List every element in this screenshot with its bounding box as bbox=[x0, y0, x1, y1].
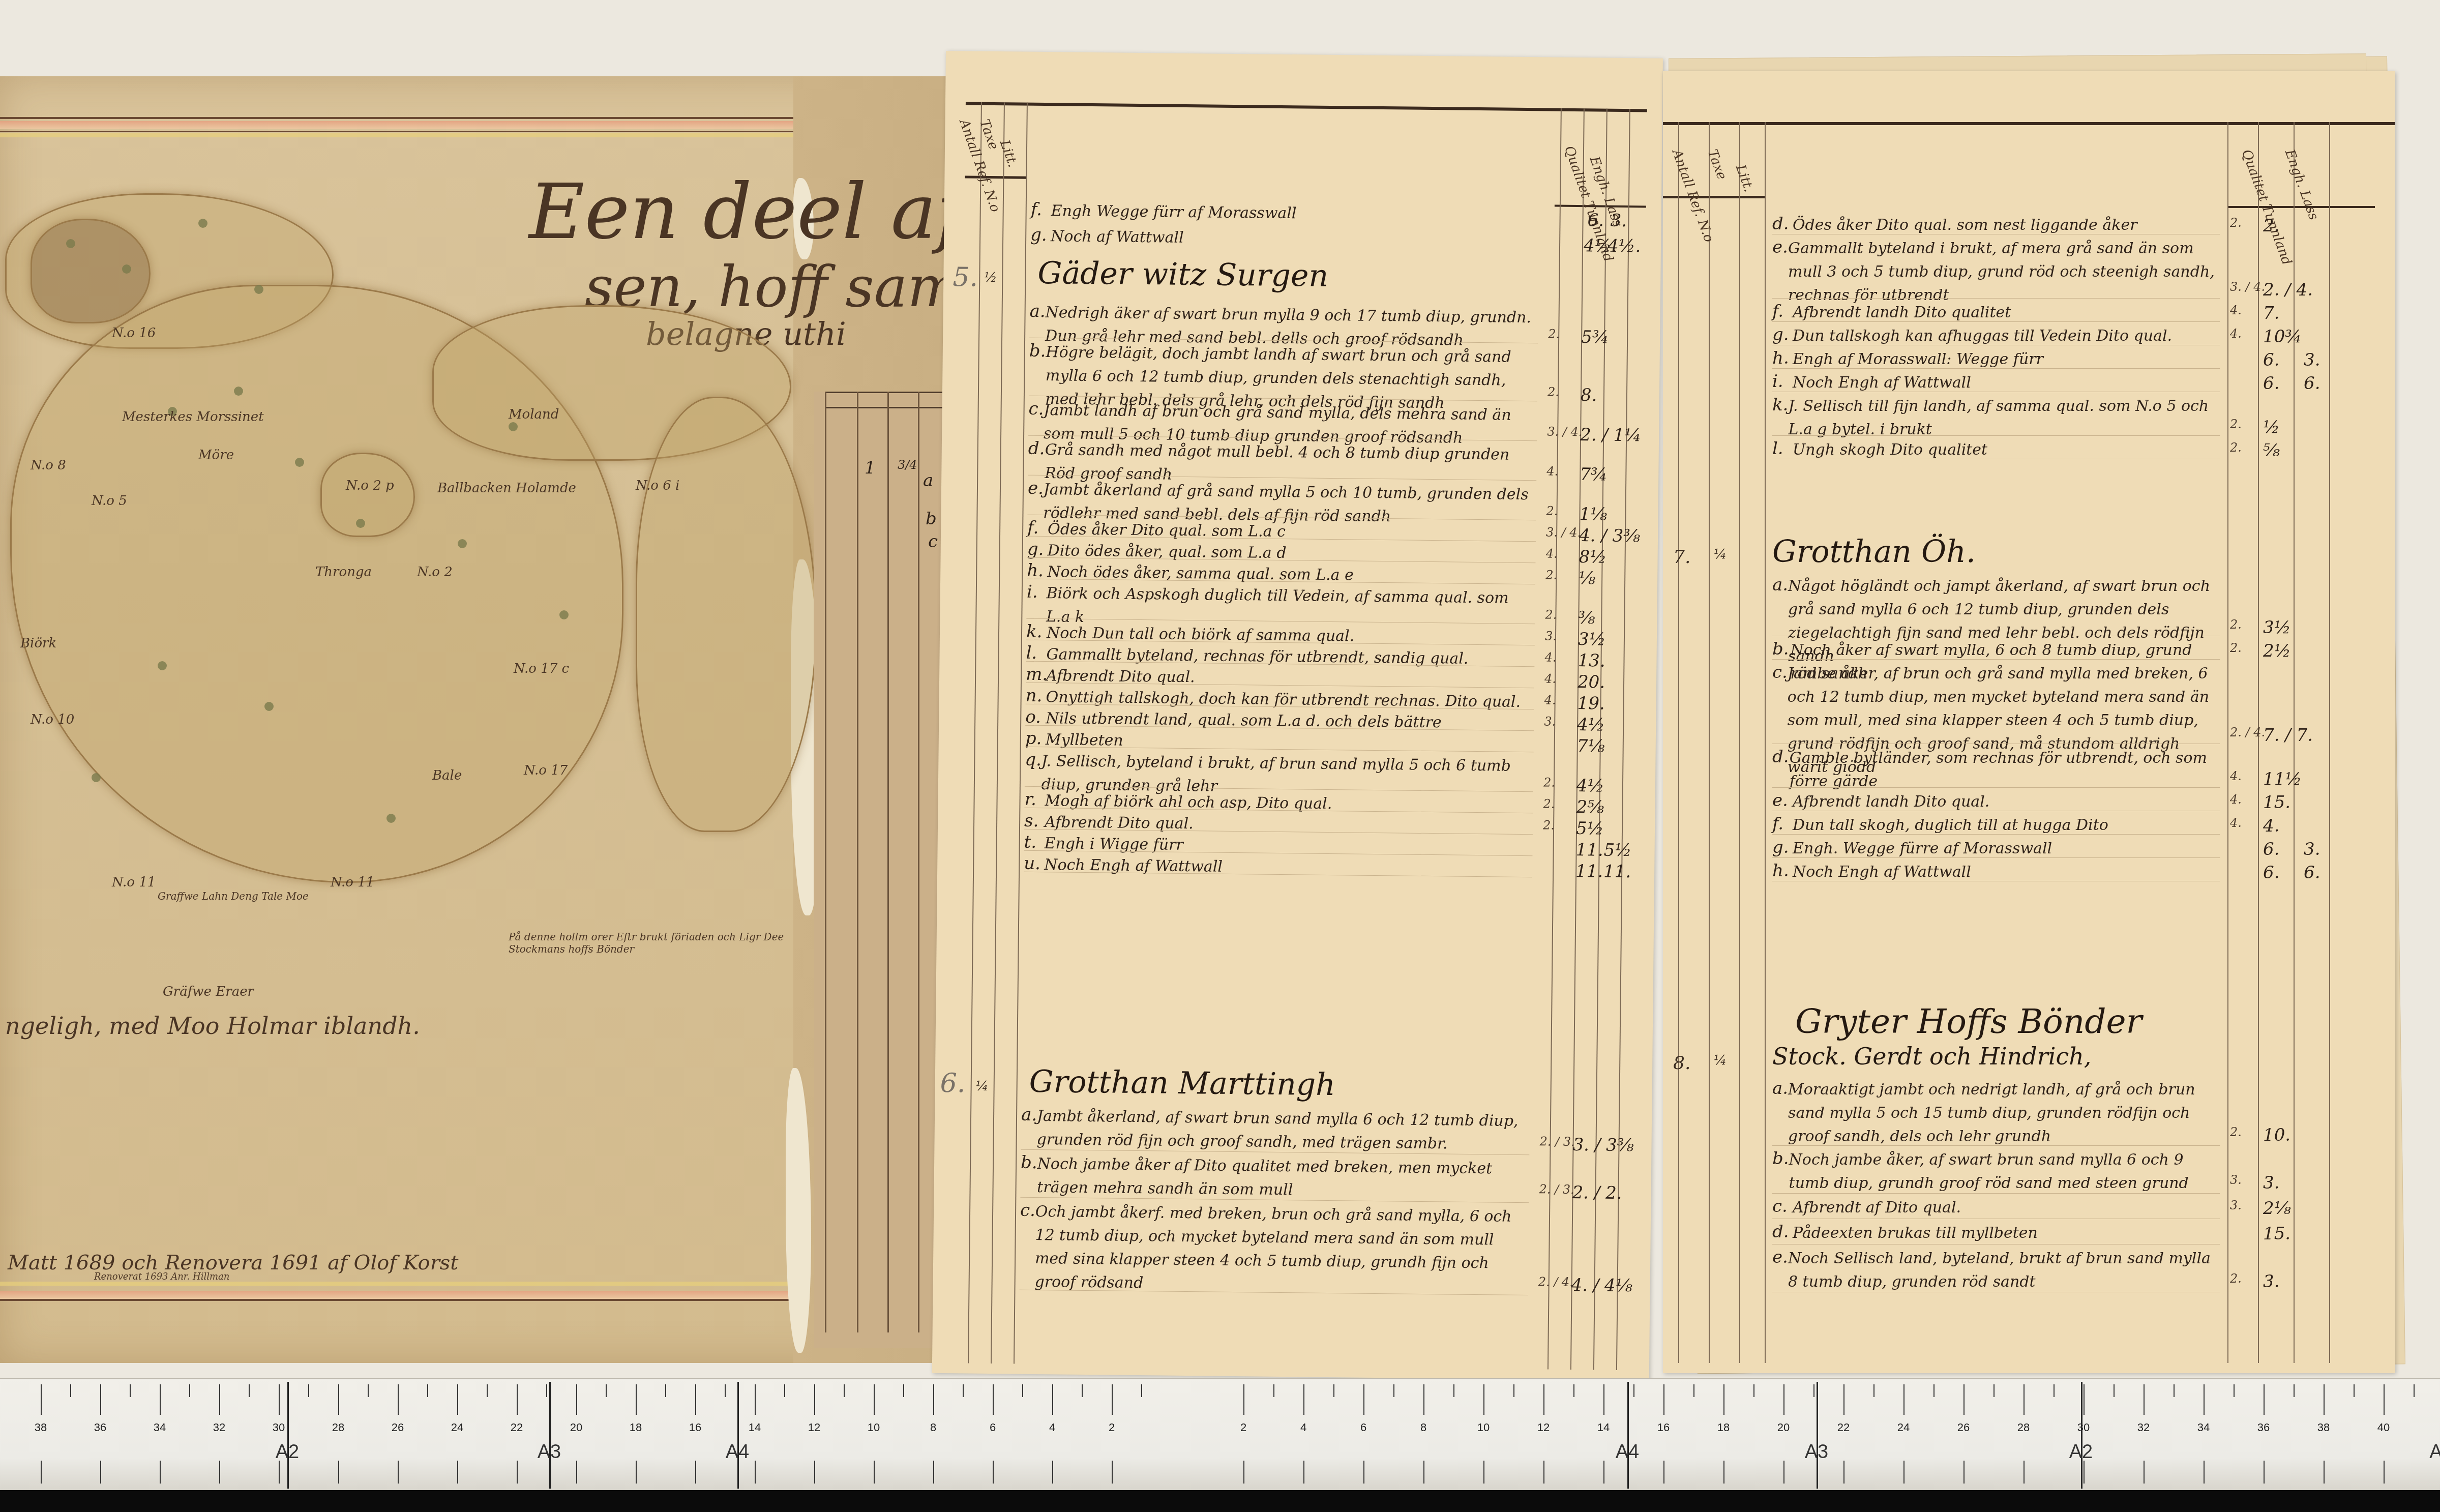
tunnland-value: 3. / 3⅜ bbox=[1572, 1135, 1634, 1155]
ruler-tick bbox=[189, 1384, 190, 1397]
entry-letter: m. bbox=[1026, 664, 1046, 685]
ledger-page-left: Antall Ref. N.o Taxe Litt. Qualitet Tunn… bbox=[932, 51, 1663, 1381]
map-label: Bale bbox=[432, 768, 462, 783]
tunnland-value: 2½ bbox=[2263, 641, 2291, 661]
ledger-entry: d.Gamble bytländer, som rechnas för utbr… bbox=[1772, 747, 2220, 793]
fragment-value: b bbox=[926, 509, 937, 529]
ruler-number: 30 bbox=[2077, 1421, 2090, 1434]
entry-description: Noch jambe åker, af swart brun sand myll… bbox=[1789, 1148, 2220, 1195]
section-heading: Gryter Hoffs Bönder bbox=[1795, 1002, 2142, 1041]
entry-separator bbox=[1772, 368, 2220, 369]
tree-icon bbox=[295, 458, 304, 467]
ruler-tick bbox=[1112, 1461, 1113, 1484]
paper-size-mark bbox=[737, 1382, 739, 1489]
ruler-tick bbox=[1513, 1384, 1514, 1397]
ruler-number: 22 bbox=[1837, 1421, 1850, 1434]
ledger-entry: e.Noch Sellisch land, byteland, brukt af… bbox=[1772, 1247, 2220, 1294]
column-header: Litt. bbox=[1733, 163, 1757, 194]
tunnland-value: 2. / 2. bbox=[1572, 1182, 1622, 1203]
paper-size-label: A3 bbox=[538, 1441, 561, 1463]
entry-separator bbox=[1772, 1219, 2220, 1219]
tunnland-value: 4. bbox=[2263, 816, 2279, 836]
ruler-number: 18 bbox=[630, 1421, 642, 1434]
ruler-tick bbox=[665, 1384, 666, 1397]
ruler-tick bbox=[1933, 1384, 1935, 1397]
tunnland-value: 19. bbox=[1577, 693, 1604, 714]
tunnland-value: 6. bbox=[2263, 373, 2279, 394]
map-label: N.o 6 i bbox=[636, 478, 679, 493]
ruler-tick bbox=[546, 1384, 547, 1397]
lass-value: 5½ bbox=[1603, 840, 1631, 861]
ruler-tick bbox=[130, 1384, 131, 1397]
entry-separator bbox=[1772, 298, 2220, 299]
lass-value: 11. bbox=[1603, 862, 1631, 882]
ruler-tick bbox=[2264, 1384, 2265, 1415]
ruler-tick bbox=[1022, 1384, 1023, 1397]
column-header: Engh. Lass bbox=[2282, 147, 2322, 222]
quality-value: 3. / 4. bbox=[1547, 424, 1582, 439]
entry-letter: e. bbox=[1028, 478, 1044, 498]
map-signature-small: Renoverat 1693 Anr. Hillman bbox=[94, 1271, 229, 1282]
ruler-tick bbox=[1603, 1461, 1604, 1484]
ruler-tick bbox=[963, 1384, 964, 1397]
ruler-number: 8 bbox=[930, 1421, 936, 1434]
ruler-tick bbox=[41, 1461, 42, 1484]
paper-size-mark bbox=[1627, 1382, 1629, 1489]
entry-separator bbox=[1772, 659, 2220, 660]
ruler-tick bbox=[2144, 1384, 2145, 1415]
entry-description: Och jambt åkerf. med breken, brun och gr… bbox=[1034, 1200, 1529, 1299]
ruler-tick bbox=[219, 1461, 220, 1484]
ruler-tick bbox=[1483, 1384, 1484, 1415]
map-label: Graffwe Lahn Deng Tale Moe bbox=[158, 890, 309, 902]
ruler-number: 32 bbox=[2137, 1421, 2150, 1434]
entry-letter: l. bbox=[1026, 643, 1046, 663]
quality-value: 2. / 3. bbox=[1539, 1134, 1574, 1149]
quality-value: 4. bbox=[2230, 792, 2242, 807]
entry-separator bbox=[1772, 811, 2220, 811]
ruler-tick bbox=[457, 1461, 458, 1484]
ruler-number: 26 bbox=[392, 1421, 404, 1434]
ruler-number: 18 bbox=[1717, 1421, 1730, 1434]
tunnland-value: 6. bbox=[1587, 210, 1604, 230]
ruler-number: 4 bbox=[1049, 1421, 1055, 1434]
ruler-tick bbox=[279, 1384, 280, 1415]
entry-letter: l. bbox=[1772, 438, 1793, 459]
quality-value: 3. / 4. bbox=[2230, 280, 2265, 294]
ruler-tick bbox=[1052, 1384, 1053, 1415]
map-label: Gräfwe Eraer bbox=[163, 984, 254, 999]
section-heading: Grotthan Öh. bbox=[1772, 534, 1976, 570]
entry-letter: d. bbox=[1772, 214, 1793, 234]
ruler-number: 20 bbox=[570, 1421, 582, 1434]
ruler-tick bbox=[249, 1384, 250, 1397]
section-number: 7. bbox=[1673, 547, 1690, 568]
ruler-tick bbox=[1543, 1384, 1544, 1415]
tunnland-value: 13. bbox=[1578, 650, 1605, 671]
ruler-number: 6 bbox=[1360, 1421, 1366, 1434]
ruler-tick bbox=[784, 1384, 785, 1397]
entry-letter: e. bbox=[1772, 237, 1788, 257]
quality-value: 2. bbox=[2230, 440, 2242, 455]
entry-separator bbox=[1772, 787, 2220, 788]
tunnland-value: 15. bbox=[2263, 1224, 2290, 1244]
ruler-number: 24 bbox=[451, 1421, 463, 1434]
entry-separator bbox=[1772, 435, 2220, 436]
map-note: ngeligh, med Moo Holmar iblandh. bbox=[5, 1012, 420, 1040]
ruler-tick bbox=[814, 1461, 815, 1484]
entry-letter: s. bbox=[1024, 811, 1045, 831]
section-number: 5. bbox=[953, 262, 978, 293]
quality-value: 4. bbox=[1544, 671, 1556, 686]
tunnland-value: 2. bbox=[2263, 216, 2279, 236]
ruler-tick bbox=[457, 1384, 458, 1415]
paper-size-mark bbox=[549, 1382, 551, 1489]
quality-value: 4. bbox=[2230, 327, 2242, 341]
section-fraction: ¼ bbox=[1714, 547, 1727, 562]
ruler-tick bbox=[1603, 1384, 1604, 1415]
ruler-tick bbox=[219, 1384, 220, 1415]
ruler-tick bbox=[1783, 1461, 1784, 1484]
ruler-tick bbox=[398, 1384, 399, 1415]
tree-icon bbox=[386, 814, 396, 823]
ruler-tick bbox=[2384, 1384, 2385, 1415]
ruler-tick bbox=[1813, 1384, 1814, 1397]
ruler-tick bbox=[903, 1384, 904, 1397]
ruler-tick bbox=[1843, 1384, 1844, 1415]
tree-icon bbox=[356, 519, 365, 528]
section-fraction: ½ bbox=[984, 270, 997, 285]
ruler-number: 28 bbox=[2017, 1421, 2030, 1434]
entry-description: Afbrendt af Dito qual. bbox=[1793, 1196, 1961, 1220]
entry-letter: p. bbox=[1025, 728, 1046, 749]
entry-separator bbox=[1772, 744, 2220, 744]
entry-letter: i. bbox=[1027, 582, 1047, 602]
entry-separator bbox=[1772, 345, 2220, 345]
paper-size-label: A4 bbox=[726, 1441, 749, 1463]
lass-value: 3. bbox=[1610, 211, 1627, 231]
entry-letter: e. bbox=[1772, 1247, 1788, 1267]
entry-letter: q. bbox=[1025, 750, 1042, 770]
ruler-tick bbox=[2084, 1461, 2085, 1484]
ruler-tick bbox=[1843, 1461, 1844, 1484]
quality-value: 2. bbox=[2230, 1271, 2242, 1286]
ruler-number: 40 bbox=[2377, 1421, 2390, 1434]
paper-size-mark bbox=[287, 1382, 289, 1489]
map-label: N.o 11 bbox=[331, 875, 374, 890]
ruler-tick bbox=[100, 1384, 101, 1415]
paper-size-mark bbox=[1817, 1382, 1818, 1489]
entry-separator bbox=[1772, 1292, 2220, 1292]
tree-icon bbox=[198, 219, 207, 228]
column-header: Litt. bbox=[997, 138, 1020, 169]
ruler-tick bbox=[1903, 1384, 1905, 1415]
entry-letter: d. bbox=[1772, 747, 1790, 767]
ledger-entry: u.Noch Engh af Wattwall bbox=[1024, 853, 1532, 882]
ledger-entry: c.Och jambt åkerf. med breken, brun och … bbox=[1019, 1200, 1529, 1299]
quality-value: 2. / 4. bbox=[2230, 725, 2265, 739]
ruler-tick bbox=[2204, 1384, 2205, 1415]
quality-value: 2. / 3. bbox=[1539, 1182, 1574, 1197]
quality-value: 2. bbox=[1548, 327, 1560, 341]
ruler-number: 36 bbox=[94, 1421, 106, 1434]
entry-letter: d. bbox=[1772, 1222, 1793, 1242]
ruler-tick bbox=[2114, 1384, 2115, 1397]
ruler-tick bbox=[2054, 1384, 2055, 1397]
tunnland-value: 4. / 3⅜ bbox=[1579, 525, 1641, 546]
entry-separator bbox=[1772, 1244, 2220, 1244]
ruler-tick bbox=[100, 1461, 101, 1484]
entry-letter: h. bbox=[1027, 560, 1047, 581]
tunnland-value: 8½ bbox=[1579, 547, 1606, 568]
quality-value: 4. bbox=[1544, 693, 1556, 707]
ruler-tick bbox=[1993, 1384, 1995, 1397]
tree-icon bbox=[254, 285, 263, 294]
ruler-tick bbox=[725, 1384, 726, 1397]
ruler-number: 16 bbox=[1657, 1421, 1670, 1434]
ledger-entry: a.Jambt åkerland, af swart brun sand myl… bbox=[1021, 1105, 1530, 1157]
entry-letter: c. bbox=[1028, 399, 1044, 419]
ruler-tick bbox=[1573, 1384, 1574, 1397]
map-label: N.o 2 bbox=[417, 565, 453, 580]
entry-separator bbox=[1772, 834, 2220, 835]
ruler-number: 38 bbox=[35, 1421, 47, 1434]
ruler-tick bbox=[1303, 1384, 1304, 1415]
fragment-value: 3/4 bbox=[898, 458, 917, 472]
ruler-tick bbox=[41, 1384, 42, 1415]
ruler-tick bbox=[1693, 1384, 1694, 1397]
entry-description: J. Sellisch till fijn landh, af samma qu… bbox=[1788, 395, 2220, 441]
ruler-tick bbox=[993, 1384, 994, 1415]
ruler-tick bbox=[2324, 1384, 2325, 1415]
quality-value: 2. bbox=[1545, 568, 1557, 582]
ruler-tick bbox=[2024, 1384, 2025, 1415]
quality-value: 2. bbox=[1543, 796, 1555, 811]
ruler-tick bbox=[1363, 1461, 1364, 1484]
ruler-number: 28 bbox=[332, 1421, 344, 1434]
entry-letter: c. bbox=[1020, 1200, 1035, 1221]
quality-value: 2. bbox=[2230, 641, 2242, 655]
ruler-tick bbox=[2354, 1384, 2355, 1397]
entry-letter: a. bbox=[1772, 1078, 1788, 1099]
tunnland-value: 3½ bbox=[1578, 629, 1606, 650]
section-number: 6. bbox=[940, 1068, 965, 1099]
paper-size-label: A4 bbox=[1616, 1441, 1639, 1463]
quality-value: 2. bbox=[1543, 818, 1555, 832]
ruler-tick bbox=[2024, 1461, 2025, 1484]
tunnland-value: 10¾ bbox=[2263, 327, 2302, 347]
map-label: N.o 10 bbox=[31, 712, 74, 727]
ruler-tick bbox=[1453, 1384, 1454, 1397]
scan-edge bbox=[0, 1490, 2440, 1512]
entry-letter: g. bbox=[1772, 837, 1793, 857]
ruler-tick bbox=[517, 1461, 518, 1484]
ruler-number: 16 bbox=[689, 1421, 701, 1434]
tunnland-value: ½ bbox=[2263, 417, 2280, 437]
tunnland-value: 11. bbox=[1575, 840, 1603, 861]
tunnland-value: 4½ bbox=[1577, 715, 1605, 735]
paper-size-label: A2 bbox=[276, 1441, 299, 1463]
ruler-tick bbox=[1633, 1384, 1634, 1397]
tunnland-value: 7. / 7. bbox=[2263, 725, 2313, 746]
ruler-tick bbox=[279, 1461, 280, 1484]
entry-letter: i. bbox=[1772, 371, 1793, 392]
ledger-page-right: Antall Ref. N.o Taxe Litt. Qualitet Tunn… bbox=[1663, 71, 2395, 1373]
entry-description: Moraaktigt jambt och nedrigt landh, af g… bbox=[1788, 1078, 2220, 1148]
quality-value: 3. bbox=[2230, 1198, 2242, 1212]
quality-value: 2. bbox=[1548, 384, 1559, 399]
ruler-number: 2 bbox=[1109, 1421, 1115, 1434]
ruler-number: 32 bbox=[213, 1421, 225, 1434]
ruler-number: 24 bbox=[1897, 1421, 1910, 1434]
map-island-note: På denne hollm orer Eftr brukt föriaden … bbox=[509, 931, 793, 955]
ruler-tick bbox=[814, 1384, 815, 1415]
ruler-tick bbox=[2174, 1384, 2175, 1397]
tunnland-value: 3. bbox=[2263, 1173, 2279, 1193]
paper-size-mark bbox=[2081, 1382, 2082, 1489]
map-label: N.o 2 p bbox=[346, 478, 394, 493]
section-heading: Grotthan Marttingh bbox=[1029, 1064, 1335, 1103]
tree-icon bbox=[122, 264, 131, 274]
entry-letter: k. bbox=[1772, 395, 1788, 415]
ruler-tick bbox=[1753, 1384, 1754, 1397]
ruler-tick bbox=[2204, 1461, 2205, 1484]
paper-size-label: A3 bbox=[1805, 1441, 1828, 1463]
lass-value: 3. bbox=[2304, 350, 2320, 370]
entry-separator bbox=[1772, 392, 2220, 392]
tunnland-value: ⅜ bbox=[1578, 608, 1595, 628]
entry-letter: a. bbox=[1029, 301, 1045, 321]
quality-value: 2. bbox=[2230, 417, 2242, 431]
ruler-tick bbox=[636, 1384, 637, 1415]
entry-letter: c. bbox=[1772, 662, 1788, 683]
map-label: N.o 5 bbox=[92, 493, 127, 509]
ruler-tick bbox=[1243, 1461, 1244, 1484]
map-label: Biörk bbox=[20, 636, 56, 651]
map-signature: Matt 1689 och Renovera 1691 af Olof Kors… bbox=[8, 1251, 458, 1274]
ruler-tick bbox=[70, 1384, 71, 1397]
entry-letter: b. bbox=[1772, 1148, 1789, 1169]
section-number: 8. bbox=[1673, 1053, 1690, 1074]
map-label: N.o 11 bbox=[112, 875, 156, 890]
tunnland-value: 11½ bbox=[2263, 769, 2302, 789]
tunnland-value: 8. bbox=[1581, 385, 1597, 405]
entry-letter: e. bbox=[1772, 790, 1793, 811]
tunnland-value: 15. bbox=[2263, 792, 2290, 813]
ruler-tick bbox=[874, 1384, 875, 1415]
ruler-tick bbox=[1363, 1384, 1364, 1415]
ruler-tick bbox=[606, 1384, 607, 1397]
ruler-number: 12 bbox=[1537, 1421, 1550, 1434]
entry-letter: g. bbox=[1772, 324, 1793, 345]
fragment-value: c bbox=[928, 531, 938, 552]
entry-description: Myllbeten bbox=[1046, 728, 1123, 753]
ruler-number: 10 bbox=[1477, 1421, 1490, 1434]
ruler-tick bbox=[160, 1384, 161, 1415]
ledger-entry: b.Noch jambe åker, af swart brun sand my… bbox=[1772, 1148, 2220, 1195]
ruler-tick bbox=[1423, 1384, 1424, 1415]
section-fraction: ¼ bbox=[1714, 1053, 1727, 1068]
ruler-tick bbox=[1303, 1461, 1304, 1484]
map-label: N.o 17 bbox=[524, 763, 568, 778]
quality-value: 2. bbox=[1543, 775, 1555, 789]
ruler-tick bbox=[2294, 1384, 2295, 1397]
entry-description: Pådeexten brukas till myllbeten bbox=[1793, 1222, 2038, 1245]
tree-icon bbox=[66, 239, 75, 248]
quality-value: 4. bbox=[1544, 650, 1556, 664]
entry-letter: o. bbox=[1025, 707, 1046, 727]
tunnland-value: 4. / 4⅛ bbox=[1571, 1275, 1632, 1296]
tunnland-value: 7⅛ bbox=[1577, 736, 1605, 757]
ruler-number: 14 bbox=[1597, 1421, 1610, 1434]
tree-icon bbox=[509, 422, 518, 431]
ledger-entry: e.Gammallt byteland i brukt, af mera grå… bbox=[1772, 237, 2220, 307]
lass-value: 3. bbox=[2304, 839, 2320, 859]
tree-icon bbox=[158, 661, 167, 670]
tunnland-value: 3½ bbox=[2263, 617, 2291, 638]
map-label: Mesterkes Morssinet bbox=[122, 409, 264, 425]
ruler-tick bbox=[2324, 1461, 2325, 1484]
ruler-number: 12 bbox=[808, 1421, 820, 1434]
ruler-number: 22 bbox=[511, 1421, 523, 1434]
ruler-tick bbox=[1723, 1384, 1724, 1415]
tunnland-value: 5½ bbox=[1576, 818, 1604, 839]
ruler-tick bbox=[1082, 1384, 1083, 1397]
ruler-tick bbox=[1141, 1384, 1142, 1397]
quality-value: 3. / 4. bbox=[1546, 525, 1581, 540]
tunnland-value: ⅝ bbox=[2263, 440, 2280, 461]
ruler-number: 30 bbox=[273, 1421, 285, 1434]
section-heading: Gäder witz Surgen bbox=[1037, 255, 1328, 294]
quality-value: 3. bbox=[1545, 629, 1557, 643]
quality-value: 2. bbox=[1545, 607, 1557, 621]
ruler-tick bbox=[517, 1384, 518, 1415]
tunnland-value: 4½ bbox=[1576, 776, 1604, 796]
ruler-tick bbox=[755, 1384, 756, 1415]
entry-separator bbox=[1772, 321, 2220, 322]
ledger-entry: g. Noch af Wattwall bbox=[1030, 225, 1549, 254]
ruler-tick bbox=[1873, 1384, 1874, 1397]
entry-letter: c. bbox=[1772, 1196, 1793, 1217]
ruler-tick bbox=[755, 1461, 756, 1484]
ruler-tick bbox=[993, 1461, 994, 1484]
ruler-tick bbox=[695, 1384, 696, 1415]
quality-value: 4. bbox=[1546, 546, 1558, 560]
ruler-tick bbox=[636, 1461, 637, 1484]
ruler-tick bbox=[576, 1461, 577, 1484]
entry-letter: f. bbox=[1772, 301, 1793, 321]
ruler-number: 6 bbox=[990, 1421, 996, 1434]
tunnland-value: 10. bbox=[2263, 1125, 2290, 1145]
tunnland-value: 5¾ bbox=[1581, 327, 1609, 348]
quality-value: 2. bbox=[1546, 503, 1558, 518]
ledger-entry: b.Noch jambe åker af Dito qualitet med b… bbox=[1020, 1152, 1529, 1204]
ruler-number: 2 bbox=[1240, 1421, 1246, 1434]
tunnland-value: 2⅛ bbox=[2263, 1198, 2291, 1219]
ruler-tick bbox=[338, 1384, 339, 1415]
ruler-tick bbox=[2144, 1461, 2145, 1484]
entry-letter: b. bbox=[1772, 639, 1791, 659]
map-label: N.o 8 bbox=[31, 458, 66, 473]
entry-letter: r. bbox=[1024, 789, 1045, 810]
entry-letter: g. bbox=[1027, 539, 1048, 559]
ruler-number: 10 bbox=[868, 1421, 880, 1434]
quality-value: 2. / 4. bbox=[1538, 1274, 1573, 1289]
ruler-tick bbox=[398, 1461, 399, 1484]
lass-value: 4½. bbox=[1608, 236, 1641, 257]
ruler-tick bbox=[576, 1384, 577, 1415]
ruler-tick bbox=[160, 1461, 161, 1484]
